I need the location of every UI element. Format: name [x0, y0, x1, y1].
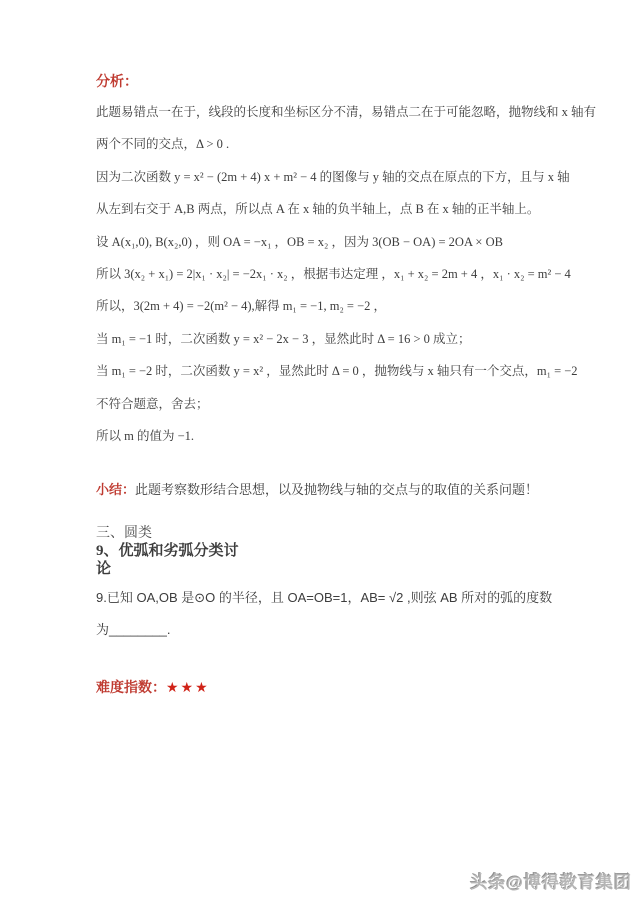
analysis-line: 当 m₁ = −2 时，二次函数 y = x² ，显然此时 Δ = 0 ，抛物线… [96, 355, 610, 387]
analysis-line: 两个不同的交点，Δ > 0 . [96, 128, 610, 160]
analysis-line: 此题易错点一在于，线段的长度和坐标区分不清，易错点二在于可能忽略，抛物线和 x … [96, 96, 610, 128]
difficulty-label: 难度指数： [96, 681, 166, 696]
watermark: 头条@博得教育集团 [470, 868, 632, 893]
summary-text: 此题考察数形结合思想，以及抛物线与轴的交点与的取值的关系问题！ [135, 482, 538, 497]
subsection-heading-line2: 论 [96, 561, 111, 577]
analysis-line: 不符合题意，舍去； [96, 388, 610, 420]
analysis-line: 从左到右交于 A,B 两点，所以点 A 在 x 轴的负半轴上，点 B 在 x 轴… [96, 193, 610, 225]
difficulty-stars: ★★★ [166, 679, 210, 695]
difficulty-line: 难度指数：★★★ [96, 677, 610, 699]
analysis-line: 当 m₁ = −1 时，二次函数 y = x² − 2x − 3 ，显然此时 Δ… [96, 323, 610, 355]
analysis-heading: 分析： [96, 74, 610, 92]
analysis-line: 所以 m 的值为 −1. [96, 420, 610, 452]
analysis-line: 设 A(x₁,0), B(x₂,0) ，则 OA = −x₁ ，OB = x₂ … [96, 226, 610, 258]
subsection-heading-line1: 9、优弧和劣弧分类讨 [96, 543, 239, 559]
document-page: 分析： 此题易错点一在于，线段的长度和坐标区分不清，易错点二在于可能忽略，抛物线… [0, 0, 640, 905]
summary-label: 小结： [96, 482, 135, 497]
analysis-paragraphs: 此题易错点一在于，线段的长度和坐标区分不清，易错点二在于可能忽略，抛物线和 x … [96, 96, 610, 452]
summary-line: 小结：此题考察数形结合思想，以及抛物线与轴的交点与的取值的关系问题！ [96, 480, 610, 500]
problem-statement-line: 9.已知 OA,OB 是⊙O 的半径，且 OA=OB=1，AB= √2 ,则弦 … [96, 582, 610, 614]
analysis-line: 因为二次函数 y = x² − (2m + 4) x + m² − 4 的图像与… [96, 161, 610, 193]
analysis-line: 所以 3(x₂ + x₁) = 2|x₁ · x₂| = −2x₁ · x₂ ，… [96, 258, 610, 290]
analysis-line: 所以，3(2m + 4) = −2(m² − 4),解得 m₁ = −1, m₂… [96, 290, 610, 322]
problem-answer-blank: 为________. [96, 614, 610, 646]
document-body: 分析： 此题易错点一在于，线段的长度和坐标区分不清，易错点二在于可能忽略，抛物线… [96, 74, 610, 699]
section-heading: 三、圆类 [96, 524, 610, 543]
subsection-heading: 9、优弧和劣弧分类讨论 [96, 543, 610, 578]
